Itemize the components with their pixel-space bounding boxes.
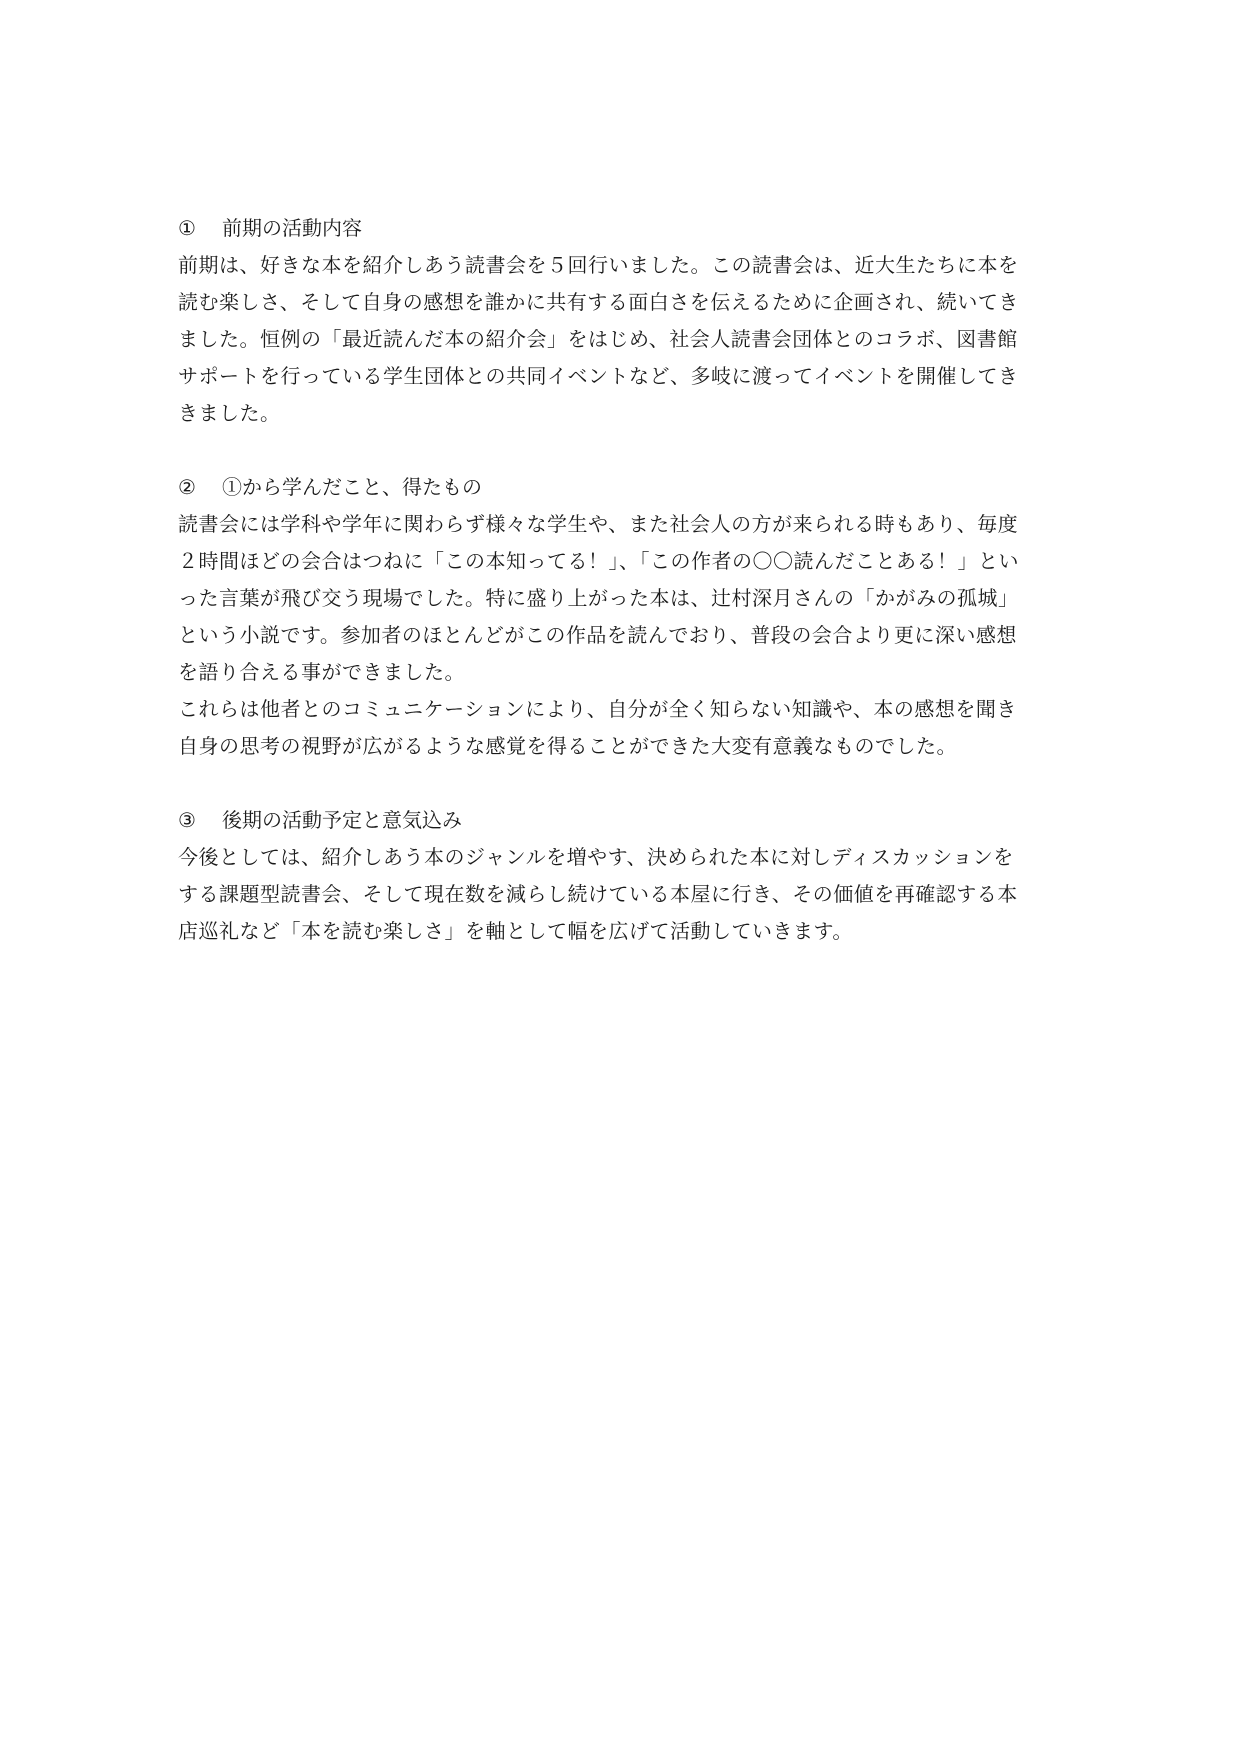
section-number: ①: [178, 210, 222, 247]
paragraph: これらは他者とのコミュニケーションにより、自分が全く知らない知識や、本の感想を聞…: [178, 691, 1068, 765]
section-heading: ②①から学んだこと、得たもの: [178, 469, 1068, 506]
paragraph: 今後としては、紹介しあう本のジャンルを増やす、決められた本に対しディスカッション…: [178, 839, 1068, 950]
text-line: ました。恒例の「最近読んだ本の紹介会」をはじめ、社会人読書会団体とのコラボ、図書…: [178, 321, 1068, 358]
paragraph: 前期は、好きな本を紹介しあう読書会を５回行いました。この読書会は、近大生たちに本…: [178, 247, 1068, 432]
text-line: 自身の思考の視野が広がるような感覚を得ることができた大変有意義なものでした。: [178, 728, 1068, 765]
section-heading: ①前期の活動内容: [178, 210, 1068, 247]
section-heading: ③後期の活動予定と意気込み: [178, 802, 1068, 839]
text-line: ２時間ほどの会合はつねに「この本知ってる！」、「この作者の〇〇読んだことある！」…: [178, 543, 1068, 580]
section-1: ①前期の活動内容 前期は、好きな本を紹介しあう読書会を５回行いました。この読書会…: [178, 210, 1068, 432]
section-number: ③: [178, 802, 222, 839]
text-line: を語り合える事ができました。: [178, 654, 1068, 691]
text-line: 読書会には学科や学年に関わらず様々な学生や、また社会人の方が来られる時もあり、毎…: [178, 506, 1068, 543]
section-title: 後期の活動予定と意気込み: [222, 808, 462, 832]
section-title: ①から学んだこと、得たもの: [222, 475, 482, 499]
text-line: これらは他者とのコミュニケーションにより、自分が全く知らない知識や、本の感想を聞…: [178, 691, 1068, 728]
text-line: 前期は、好きな本を紹介しあう読書会を５回行いました。この読書会は、近大生たちに本…: [178, 247, 1068, 284]
paragraph: 読書会には学科や学年に関わらず様々な学生や、また社会人の方が来られる時もあり、毎…: [178, 506, 1068, 691]
text-line: 読む楽しさ、そして自身の感想を誰かに共有する面白さを伝えるために企画され、続いて…: [178, 284, 1068, 321]
text-line: 店巡礼など「本を読む楽しさ」を軸として幅を広げて活動していきます。: [178, 913, 1068, 950]
section-title: 前期の活動内容: [222, 216, 362, 240]
section-number: ②: [178, 469, 222, 506]
section-3: ③後期の活動予定と意気込み 今後としては、紹介しあう本のジャンルを増やす、決めら…: [178, 802, 1068, 950]
text-line: する課題型読書会、そして現在数を減らし続けている本屋に行き、その価値を再確認する…: [178, 876, 1068, 913]
text-line: 今後としては、紹介しあう本のジャンルを増やす、決められた本に対しディスカッション…: [178, 839, 1068, 876]
text-line: サポートを行っている学生団体との共同イベントなど、多岐に渡ってイベントを開催して…: [178, 358, 1068, 395]
text-line: という小説です。参加者のほとんどがこの作品を読んでおり、普段の会合より更に深い感…: [178, 617, 1068, 654]
text-line: った言葉が飛び交う現場でした。特に盛り上がった本は、辻村深月さんの「かがみの孤城…: [178, 580, 1068, 617]
text-line: きました。: [178, 395, 1068, 432]
section-2: ②①から学んだこと、得たもの 読書会には学科や学年に関わらず様々な学生や、また社…: [178, 469, 1068, 765]
document-page: ①前期の活動内容 前期は、好きな本を紹介しあう読書会を５回行いました。この読書会…: [178, 210, 1068, 987]
